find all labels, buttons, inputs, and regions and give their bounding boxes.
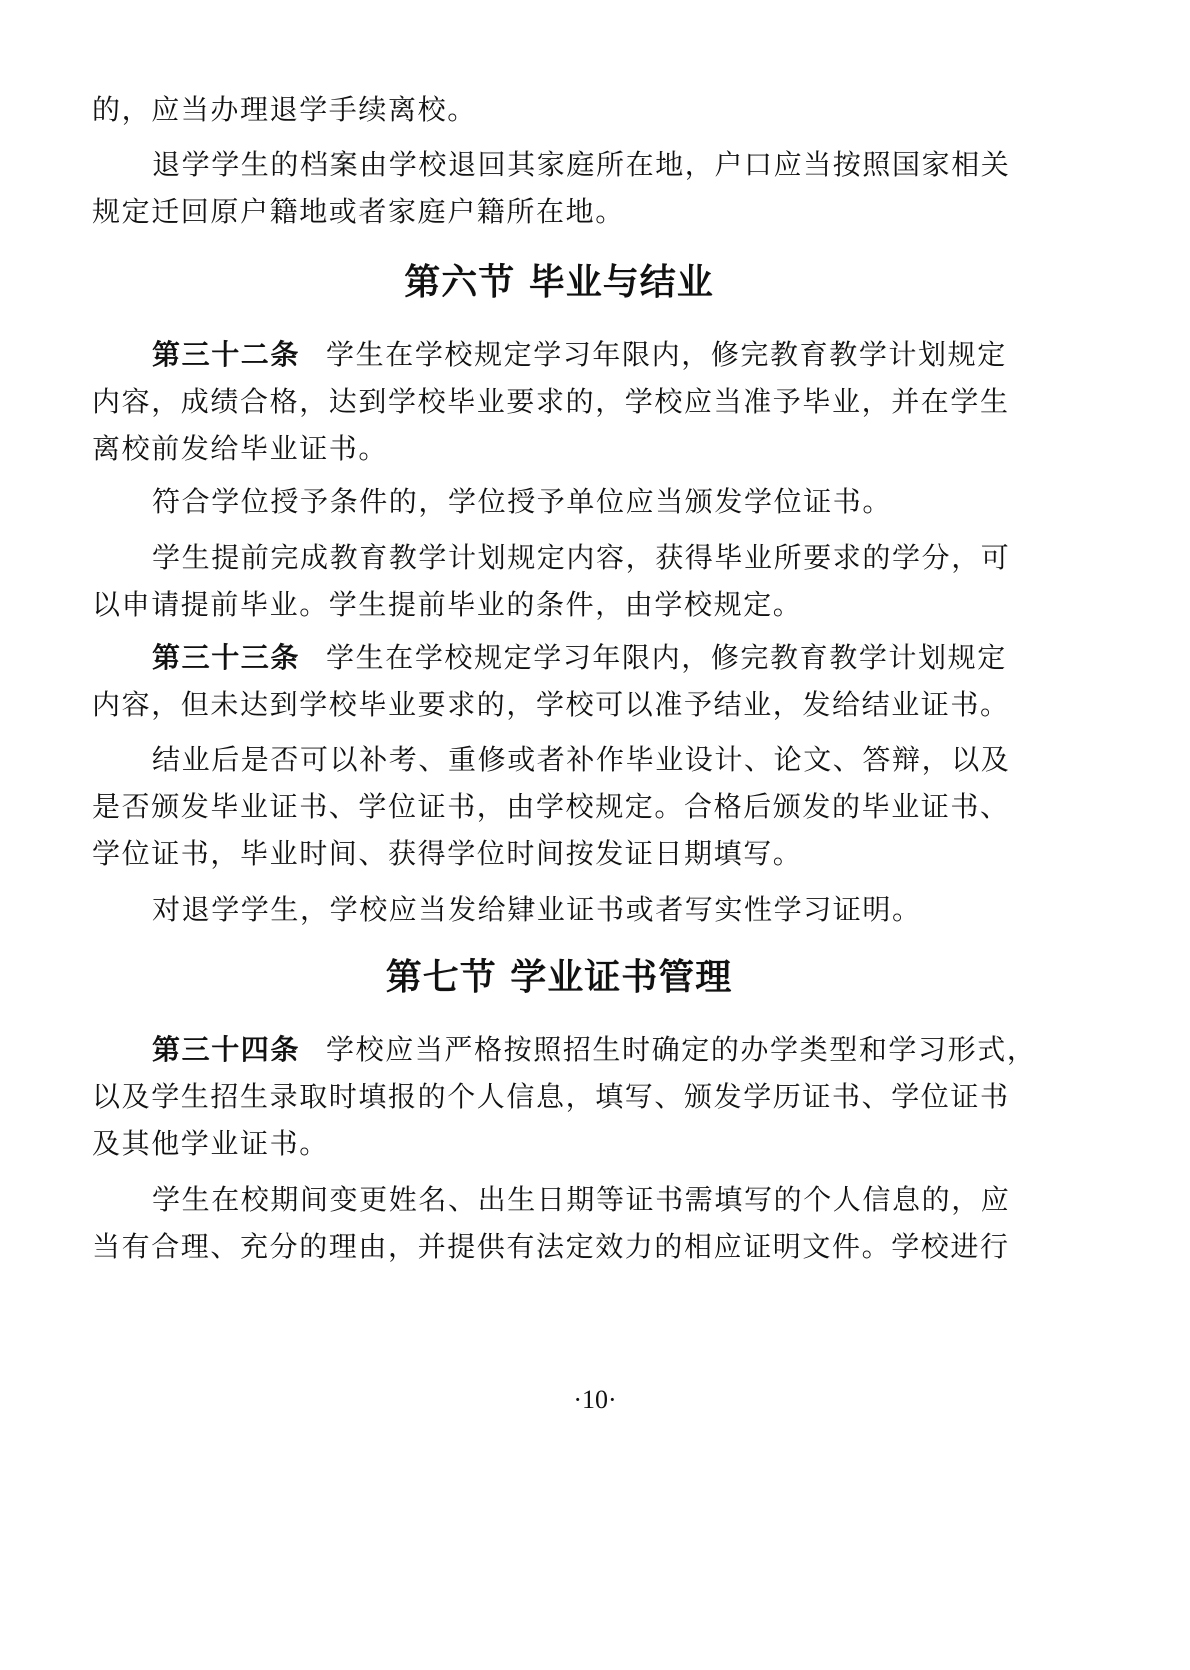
article-32-line: 第三十二条学生在学校规定学习年限内，修完教育教学计划规定 [92, 338, 1026, 372]
article-33-line: 第三十三条学生在学校规定学习年限内，修完教育教学计划规定 [92, 641, 1026, 675]
paragraph-line: 规定迁回原户籍地或者家庭户籍所在地。 [92, 195, 1026, 229]
paragraph-line: 内容，但未达到学校毕业要求的，学校可以准予结业，发给结业证书。 [92, 688, 1026, 722]
paragraph-line: 离校前发给毕业证书。 [92, 432, 1026, 466]
paragraph-line: 符合学位授予条件的，学位授予单位应当颁发学位证书。 [92, 485, 1026, 519]
paragraph-line: 及其他学业证书。 [92, 1127, 1026, 1161]
paragraph-line: 结业后是否可以补考、重修或者补作毕业设计、论文、答辩，以及 [92, 743, 1026, 777]
article-text: 学生在学校规定学习年限内，修完教育教学计划规定 [326, 641, 1007, 674]
article-label: 第三十二条 [152, 338, 300, 371]
section-heading-7: 第七节 学业证书管理 [92, 956, 1026, 1000]
article-label: 第三十四条 [152, 1033, 300, 1066]
paragraph-line: 以申请提前毕业。学生提前毕业的条件，由学校规定。 [92, 588, 1026, 622]
paragraph-line: 内容，成绩合格，达到学校毕业要求的，学校应当准予毕业，并在学生 [92, 385, 1026, 419]
article-text: 学生在学校规定学习年限内，修完教育教学计划规定 [326, 338, 1007, 371]
section-heading-6: 第六节 毕业与结业 [92, 261, 1026, 305]
paragraph-line: 学生在校期间变更姓名、出生日期等证书需填写的个人信息的，应 [92, 1183, 1026, 1217]
article-34-line: 第三十四条学校应当严格按照招生时确定的办学类型和学习形式， [92, 1033, 1026, 1067]
paragraph-line: 以及学生招生录取时填报的个人信息，填写、颁发学历证书、学位证书 [92, 1080, 1026, 1114]
paragraph-line: 的，应当办理退学手续离校。 [92, 93, 1026, 127]
article-label: 第三十三条 [152, 641, 300, 674]
paragraph-line: 退学学生的档案由学校退回其家庭所在地，户口应当按照国家相关 [92, 148, 1026, 182]
page-number: ·10· [0, 1385, 1190, 1415]
paragraph-line: 是否颁发毕业证书、学位证书，由学校规定。合格后颁发的毕业证书、 [92, 790, 1026, 824]
paragraph-line: 学生提前完成教育教学计划规定内容，获得毕业所要求的学分，可 [92, 541, 1026, 575]
paragraph-line: 对退学学生，学校应当发给肄业证书或者写实性学习证明。 [92, 893, 1026, 927]
article-text: 学校应当严格按照招生时确定的办学类型和学习形式， [326, 1033, 1036, 1066]
paragraph-line: 当有合理、充分的理由，并提供有法定效力的相应证明文件。学校进行 [92, 1230, 1026, 1264]
paragraph-line: 学位证书，毕业时间、获得学位时间按发证日期填写。 [92, 837, 1026, 871]
